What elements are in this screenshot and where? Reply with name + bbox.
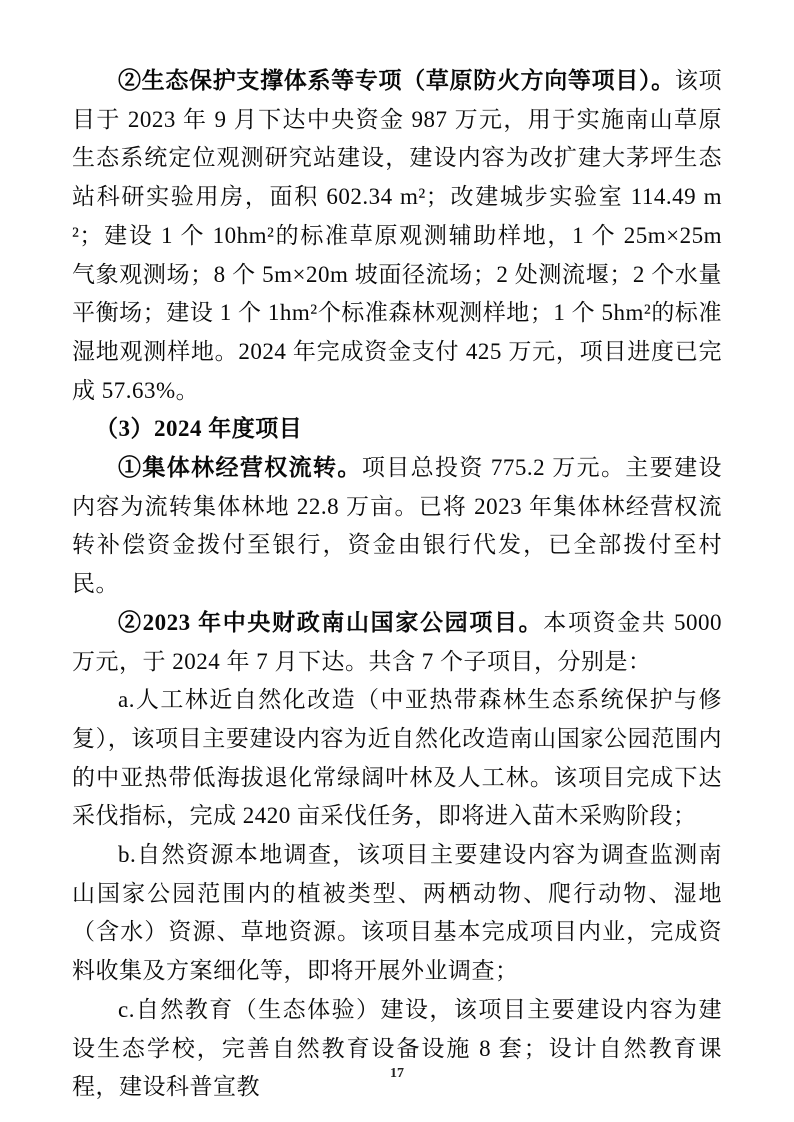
- paragraph-forest-rights-lead: ①集体林经营权流转。: [118, 455, 362, 480]
- page-number: 17: [0, 1066, 794, 1082]
- paragraph-national-park-lead: ②2023 年中央财政南山国家公园项目。: [118, 610, 543, 635]
- paragraph-forest-rights: ①集体林经营权流转。项目总投资 775.2 万元。主要建设内容为流转集体林地 2…: [72, 449, 722, 604]
- paragraph-subproject-c: c.自然教育（生态体验）建设，该项目主要建设内容为建设生态学校，完善自然教育设备…: [72, 991, 722, 1107]
- document-page: ②生态保护支撑体系等专项（草原防火方向等项目）。该项目于 2023 年 9 月下…: [0, 0, 794, 1122]
- paragraph-subproject-a: a.人工林近自然化改造（中亚热带森林生态系统保护与修复），该项目主要建设内容为近…: [72, 681, 722, 836]
- paragraph-grassland-project-lead: ②生态保护支撑体系等专项（草原防火方向等项目）。: [118, 68, 675, 93]
- paragraph-grassland-project: ②生态保护支撑体系等专项（草原防火方向等项目）。该项目于 2023 年 9 月下…: [72, 62, 722, 410]
- paragraph-grassland-project-body: 该项目于 2023 年 9 月下达中央资金 987 万元，用于实施南山草原生态系…: [72, 68, 722, 403]
- document-body: ②生态保护支撑体系等专项（草原防火方向等项目）。该项目于 2023 年 9 月下…: [72, 62, 722, 1107]
- heading-2024-projects: （3）2024 年度项目: [72, 410, 722, 449]
- paragraph-national-park: ②2023 年中央财政南山国家公园项目。本项资金共 5000 万元，于 2024…: [72, 604, 722, 681]
- paragraph-subproject-b: b.自然资源本地调查，该项目主要建设内容为调查监测南山国家公园范围内的植被类型、…: [72, 836, 722, 991]
